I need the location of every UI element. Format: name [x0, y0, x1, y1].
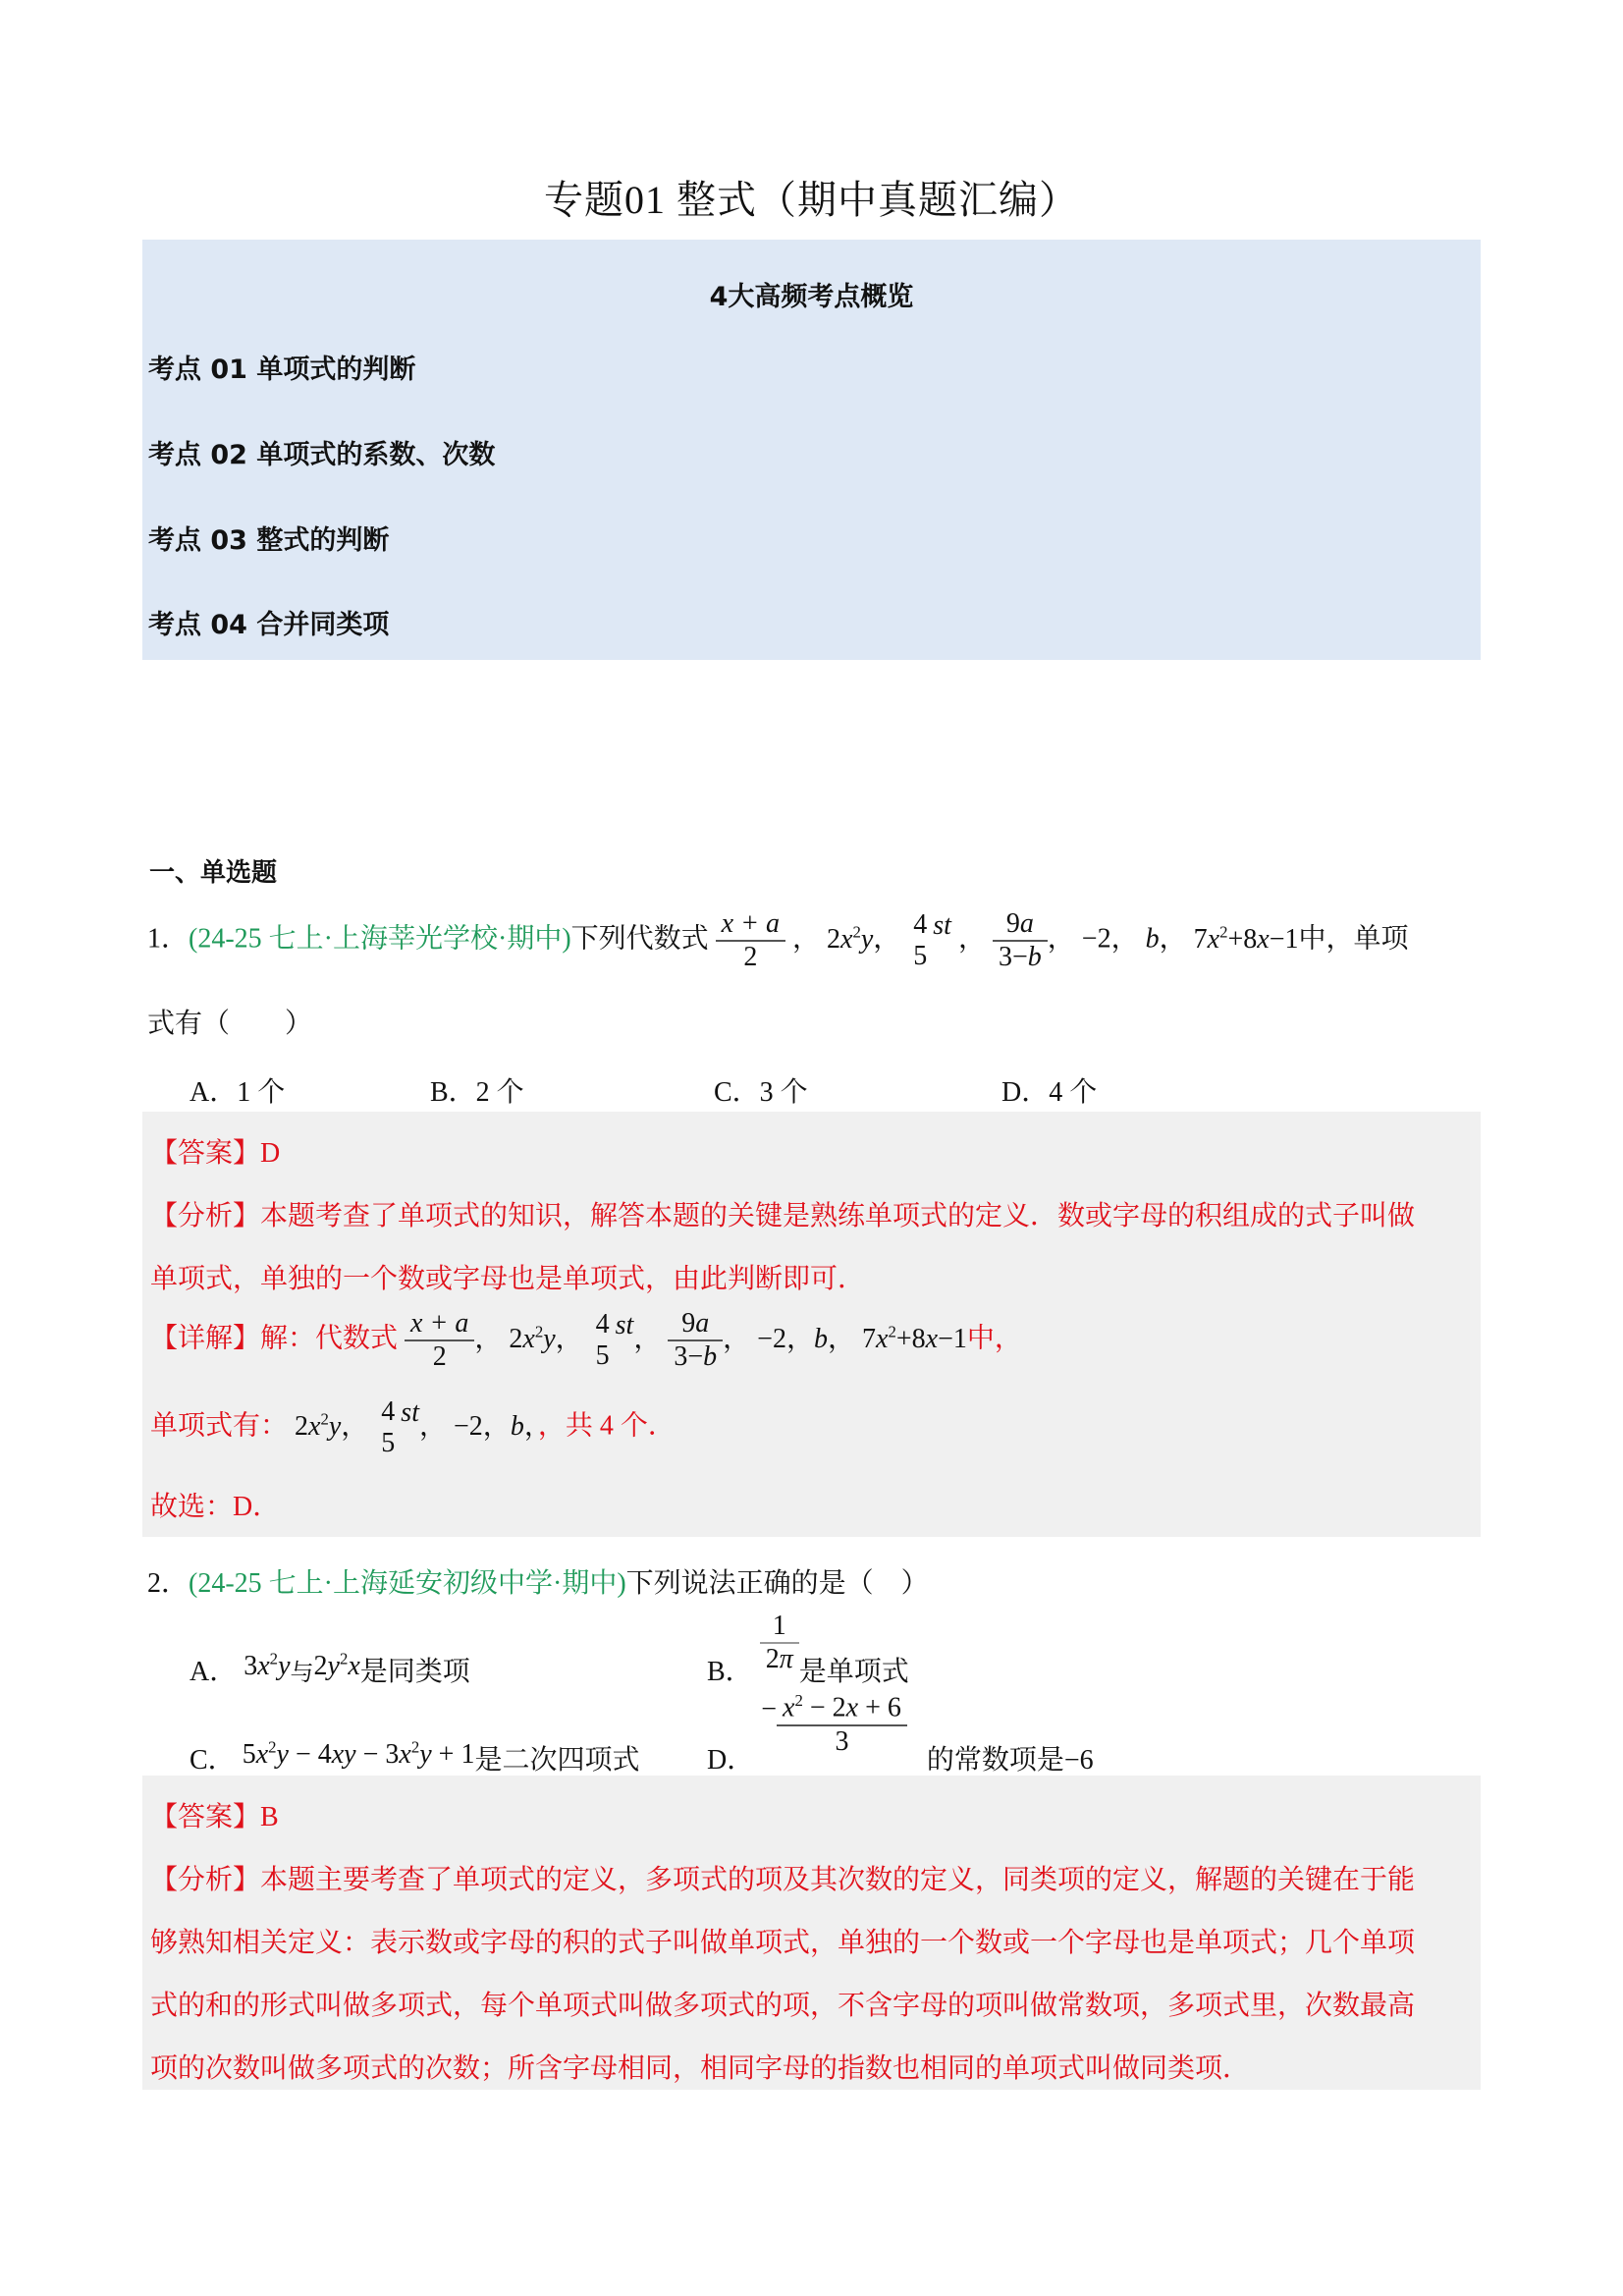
- math-expression: 9a3−b: [993, 908, 1048, 973]
- overview-item-01: 考点 01 单项式的判断: [148, 348, 415, 386]
- section-heading: 一、单选题: [149, 852, 277, 889]
- question-text: 下列说法正确的是（ ）: [626, 1568, 929, 1599]
- answer-line: 【答案】D: [150, 1131, 280, 1171]
- option-b: B．2 个: [430, 1070, 524, 1110]
- option-d: D．4 个: [1001, 1070, 1097, 1110]
- option-b: B． 12π是单项式: [707, 1611, 909, 1675]
- analysis-line: 单项式，单独的一个数或字母也是单项式，由此判断即可．: [150, 1257, 865, 1296]
- answer-value: D: [260, 1138, 280, 1169]
- question-1-stem: 1．(24-25 七上·上海莘光学校·期中)下列代数式 x + a2 ， 2x2…: [147, 908, 1409, 973]
- option-d: D． −x2 − 2x + 63的常数项是−6: [707, 1691, 1094, 1758]
- answer-line: 【答案】B: [150, 1795, 279, 1834]
- math-expression: 45: [907, 909, 933, 972]
- detail-line: 【详解】解：代数式 x + a2， 2x2y， 45st， 9a3−b， −2，…: [150, 1308, 1022, 1373]
- analysis-line: 【分析】本题主要考查了单项式的定义，多项式的项及其次数的定义，同类项的定义，解题…: [150, 1858, 1415, 1897]
- question-text: 中，单项: [1298, 924, 1408, 955]
- question-2-stem: 2．(24-25 七上·上海延安初级中学·期中)下列说法正确的是（ ）: [147, 1561, 929, 1601]
- overview-heading: 4大高频考点概览: [142, 275, 1481, 313]
- answer-value: B: [260, 1802, 279, 1832]
- question-1-stem-line2: 式有（ ）: [147, 1002, 312, 1041]
- answer-box-1: 【答案】D 【分析】本题考查了单项式的知识，解答本题的关键是熟练单项式的定义．数…: [142, 1112, 1481, 1537]
- overview-item-04: 考点 04 合并同类项: [148, 603, 389, 641]
- option-a: A．1 个: [189, 1070, 285, 1110]
- overview-item-03: 考点 03 整式的判断: [148, 519, 389, 557]
- overview-box: 4大高频考点概览 考点 01 单项式的判断 考点 02 单项式的系数、次数 考点…: [142, 240, 1481, 660]
- analysis-line: 够熟知相关定义：表示数或字母的积的式子叫做单项式，单独的一个数或一个字母也是单项…: [150, 1921, 1415, 1960]
- page-title: 专题01 整式（期中真题汇编）: [0, 169, 1623, 225]
- math-expression: 2x2y: [827, 924, 873, 955]
- math-expression: x + a2: [716, 908, 785, 973]
- question-text: 下列代数式: [571, 924, 709, 955]
- analysis-line: 项的次数叫做多项式的次数；所含字母相同，相同字母的指数也相同的单项式叫做同类项．: [150, 2047, 1250, 2086]
- conclusion-line: 故选：D．: [150, 1485, 280, 1524]
- question-source: (24-25 七上·上海延安初级中学·期中): [189, 1568, 626, 1599]
- overview-item-02: 考点 02 单项式的系数、次数: [148, 433, 495, 471]
- analysis-line: 式的和的形式叫做多项式，每个单项式叫做多项式的项，不含字母的项叫做常数项，多项式…: [150, 1984, 1415, 2023]
- question-number: 1．: [147, 924, 189, 955]
- question-number: 2．: [147, 1568, 189, 1599]
- analysis-line: 【分析】本题考查了单项式的知识，解答本题的关键是熟练单项式的定义．数或字母的积组…: [150, 1194, 1415, 1233]
- option-c: C． 5x2y − 4xy − 3x2y + 1是二次四项式: [189, 1738, 639, 1777]
- answer-box-2: 【答案】B 【分析】本题主要考查了单项式的定义，多项式的项及其次数的定义，同类项…: [142, 1776, 1481, 2090]
- option-c: C．3 个: [714, 1070, 808, 1110]
- question-source: (24-25 七上·上海莘光学校·期中): [189, 924, 571, 955]
- option-a: A． 3x2y与2y2x是同类项: [189, 1650, 470, 1689]
- monomials-line: 单项式有： 2x2y， 45st， −2，b，，共 4 个．: [150, 1396, 676, 1459]
